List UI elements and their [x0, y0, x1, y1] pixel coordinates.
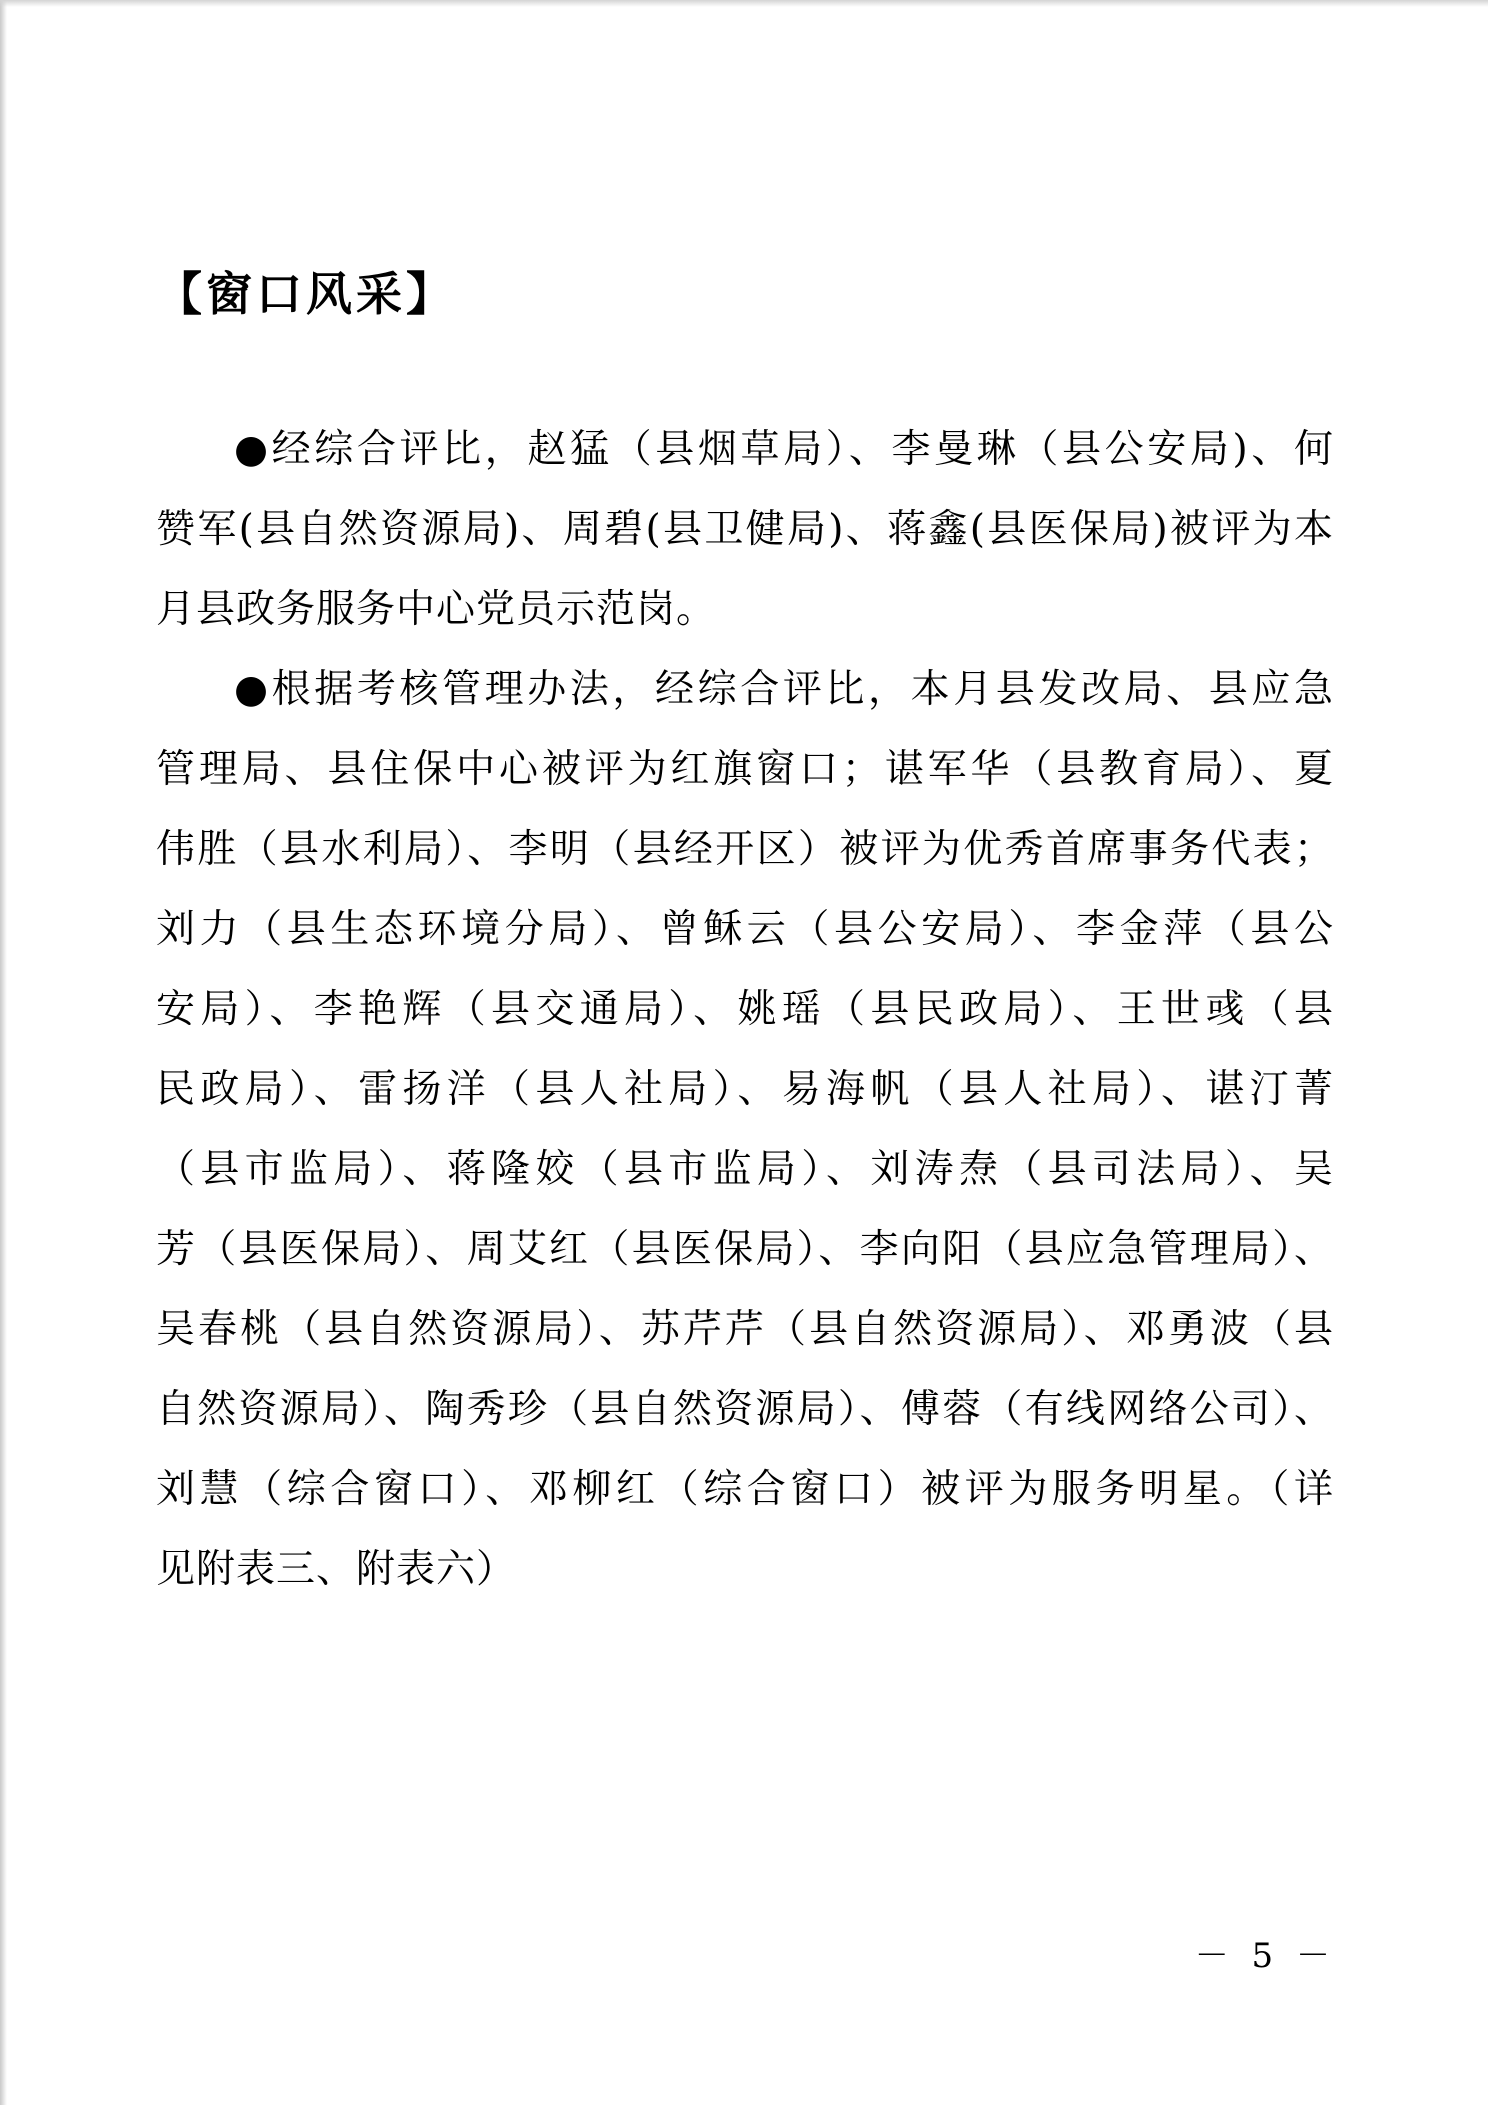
- paragraph-line: 见附表三、附表六）: [156, 1530, 1334, 1610]
- page-edge-shadow-left: [0, 0, 7, 2105]
- paragraph-line: 刘力（县生态环境分局）、曾稣云（县公安局）、李金萍（县公: [156, 890, 1334, 970]
- paragraph-line: 月县政务服务中心党员示范岗。: [156, 570, 1334, 650]
- paragraph-line: 吴春桃（县自然资源局）、苏芹芹（县自然资源局）、邓勇波（县: [156, 1290, 1334, 1370]
- page-edge-shadow-top: [0, 0, 1488, 7]
- paragraph-line: 刘慧（综合窗口）、邓柳红（综合窗口）被评为服务明星。（详: [156, 1450, 1334, 1530]
- page-number: － 5 －: [1195, 1928, 1336, 1977]
- paragraph-line: 自然资源局）、陶秀珍（县自然资源局）、傅蓉（有线网络公司）、: [156, 1370, 1334, 1450]
- paragraph-line: 安局）、李艳辉（县交通局）、姚瑶（县民政局）、王世彧（县: [156, 970, 1334, 1050]
- paragraph-line: 民政局）、雷扬洋（县人社局）、易海帆（县人社局）、谌汀菁: [156, 1050, 1334, 1130]
- paragraph-line: （县市监局）、蒋隆姣（县市监局）、刘涛焘（县司法局）、吴: [156, 1130, 1334, 1210]
- paragraph-line: ●根据考核管理办法，经综合评比，本月县发改局、县应急: [156, 650, 1334, 730]
- paragraph-line: ●经综合评比，赵猛（县烟草局）、李曼琳（县公安局)、何: [156, 410, 1334, 490]
- document-page: 【窗口风采】 ●经综合评比，赵猛（县烟草局）、李曼琳（县公安局)、何 赞军(县自…: [0, 0, 1488, 2105]
- paragraph-line: 伟胜（县水利局）、李明（县经开区）被评为优秀首席事务代表；: [156, 810, 1334, 890]
- paragraph-line: 赞军(县自然资源局)、周碧(县卫健局)、蒋鑫(县医保局)被评为本: [156, 490, 1334, 570]
- section-heading: 【窗口风采】: [156, 262, 1334, 326]
- paragraph-line: 管理局、县住保中心被评为红旗窗口；谌军华（县教育局）、夏: [156, 730, 1334, 810]
- body-text: ●经综合评比，赵猛（县烟草局）、李曼琳（县公安局)、何 赞军(县自然资源局)、周…: [156, 410, 1334, 1610]
- document-content: 【窗口风采】 ●经综合评比，赵猛（县烟草局）、李曼琳（县公安局)、何 赞军(县自…: [156, 262, 1334, 1610]
- paragraph-line: 芳（县医保局）、周艾红（县医保局）、李向阳（县应急管理局）、: [156, 1210, 1334, 1290]
